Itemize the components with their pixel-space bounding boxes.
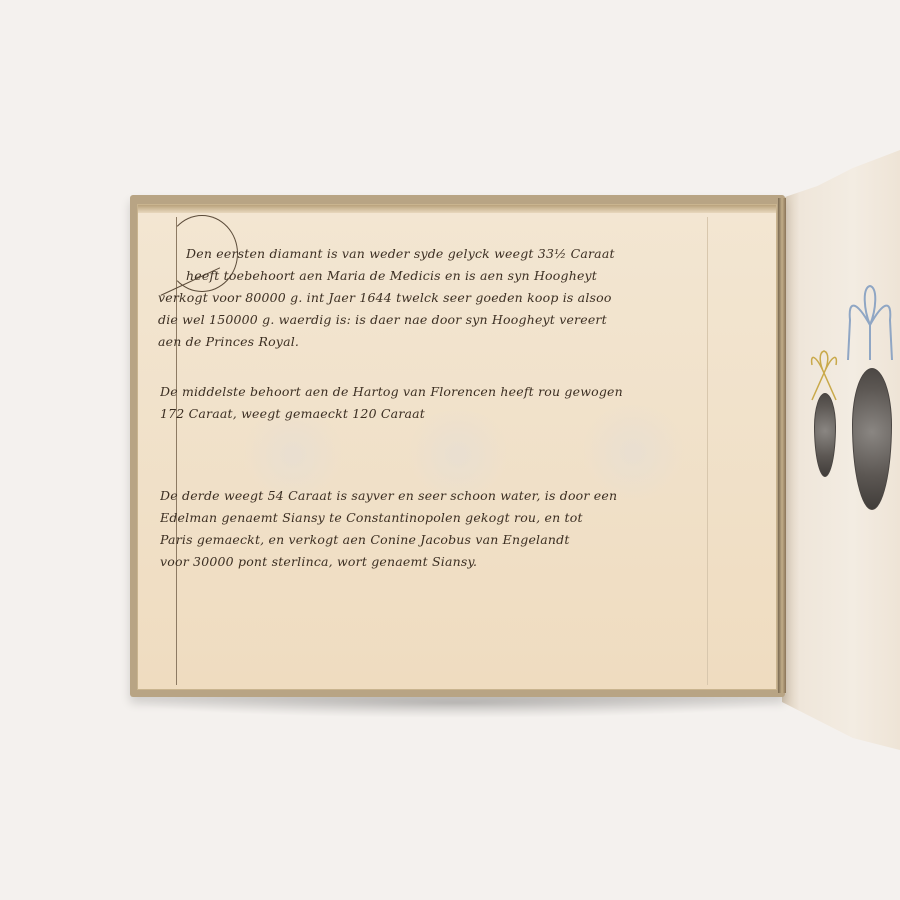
blue-ribbon-icon [842, 280, 898, 370]
text-line: 172 Caraat, weegt gemaeckt 120 Caraat [160, 403, 726, 425]
text-line: voor 30000 pont sterlinca, wort genaemt … [160, 551, 726, 573]
large-pendant-illustration [842, 280, 898, 520]
small-gem-drop [814, 393, 836, 477]
text-line: De middelste behoort aen de Hartog van F… [160, 381, 726, 403]
paragraph-middle-diamond: De middelste behoort aen de Hartog van F… [160, 381, 726, 425]
text-line: Den eersten diamant is van weder syde ge… [186, 243, 726, 265]
text-line: aen de Princes Royal. [158, 331, 726, 353]
paragraph-first-diamond: Den eersten diamant is van weder syde ge… [186, 243, 726, 353]
right-page [782, 150, 900, 750]
text-line: De derde weegt 54 Caraat is sayver en se… [160, 485, 726, 507]
book-spine [778, 198, 786, 693]
text-line: verkogt voor 80000 g. int Jaer 1644 twel… [158, 287, 726, 309]
text-line: die wel 150000 g. waerdig is: is daer na… [158, 309, 726, 331]
page-top-edge [138, 205, 776, 213]
text-line: Edelman genaemt Siansy te Constantinopol… [160, 507, 726, 529]
text-line: Paris gemaeckt, en verkogt aen Conine Ja… [160, 529, 726, 551]
paragraph-third-diamond: De derde weegt 54 Caraat is sayver en se… [160, 485, 726, 573]
small-pendant-illustration [806, 345, 842, 485]
large-gem-drop [852, 368, 892, 510]
left-page: Den eersten diamant is van weder syde ge… [137, 204, 777, 690]
text-line: heeft toebehoort aen Maria de Medicis en… [186, 265, 726, 287]
